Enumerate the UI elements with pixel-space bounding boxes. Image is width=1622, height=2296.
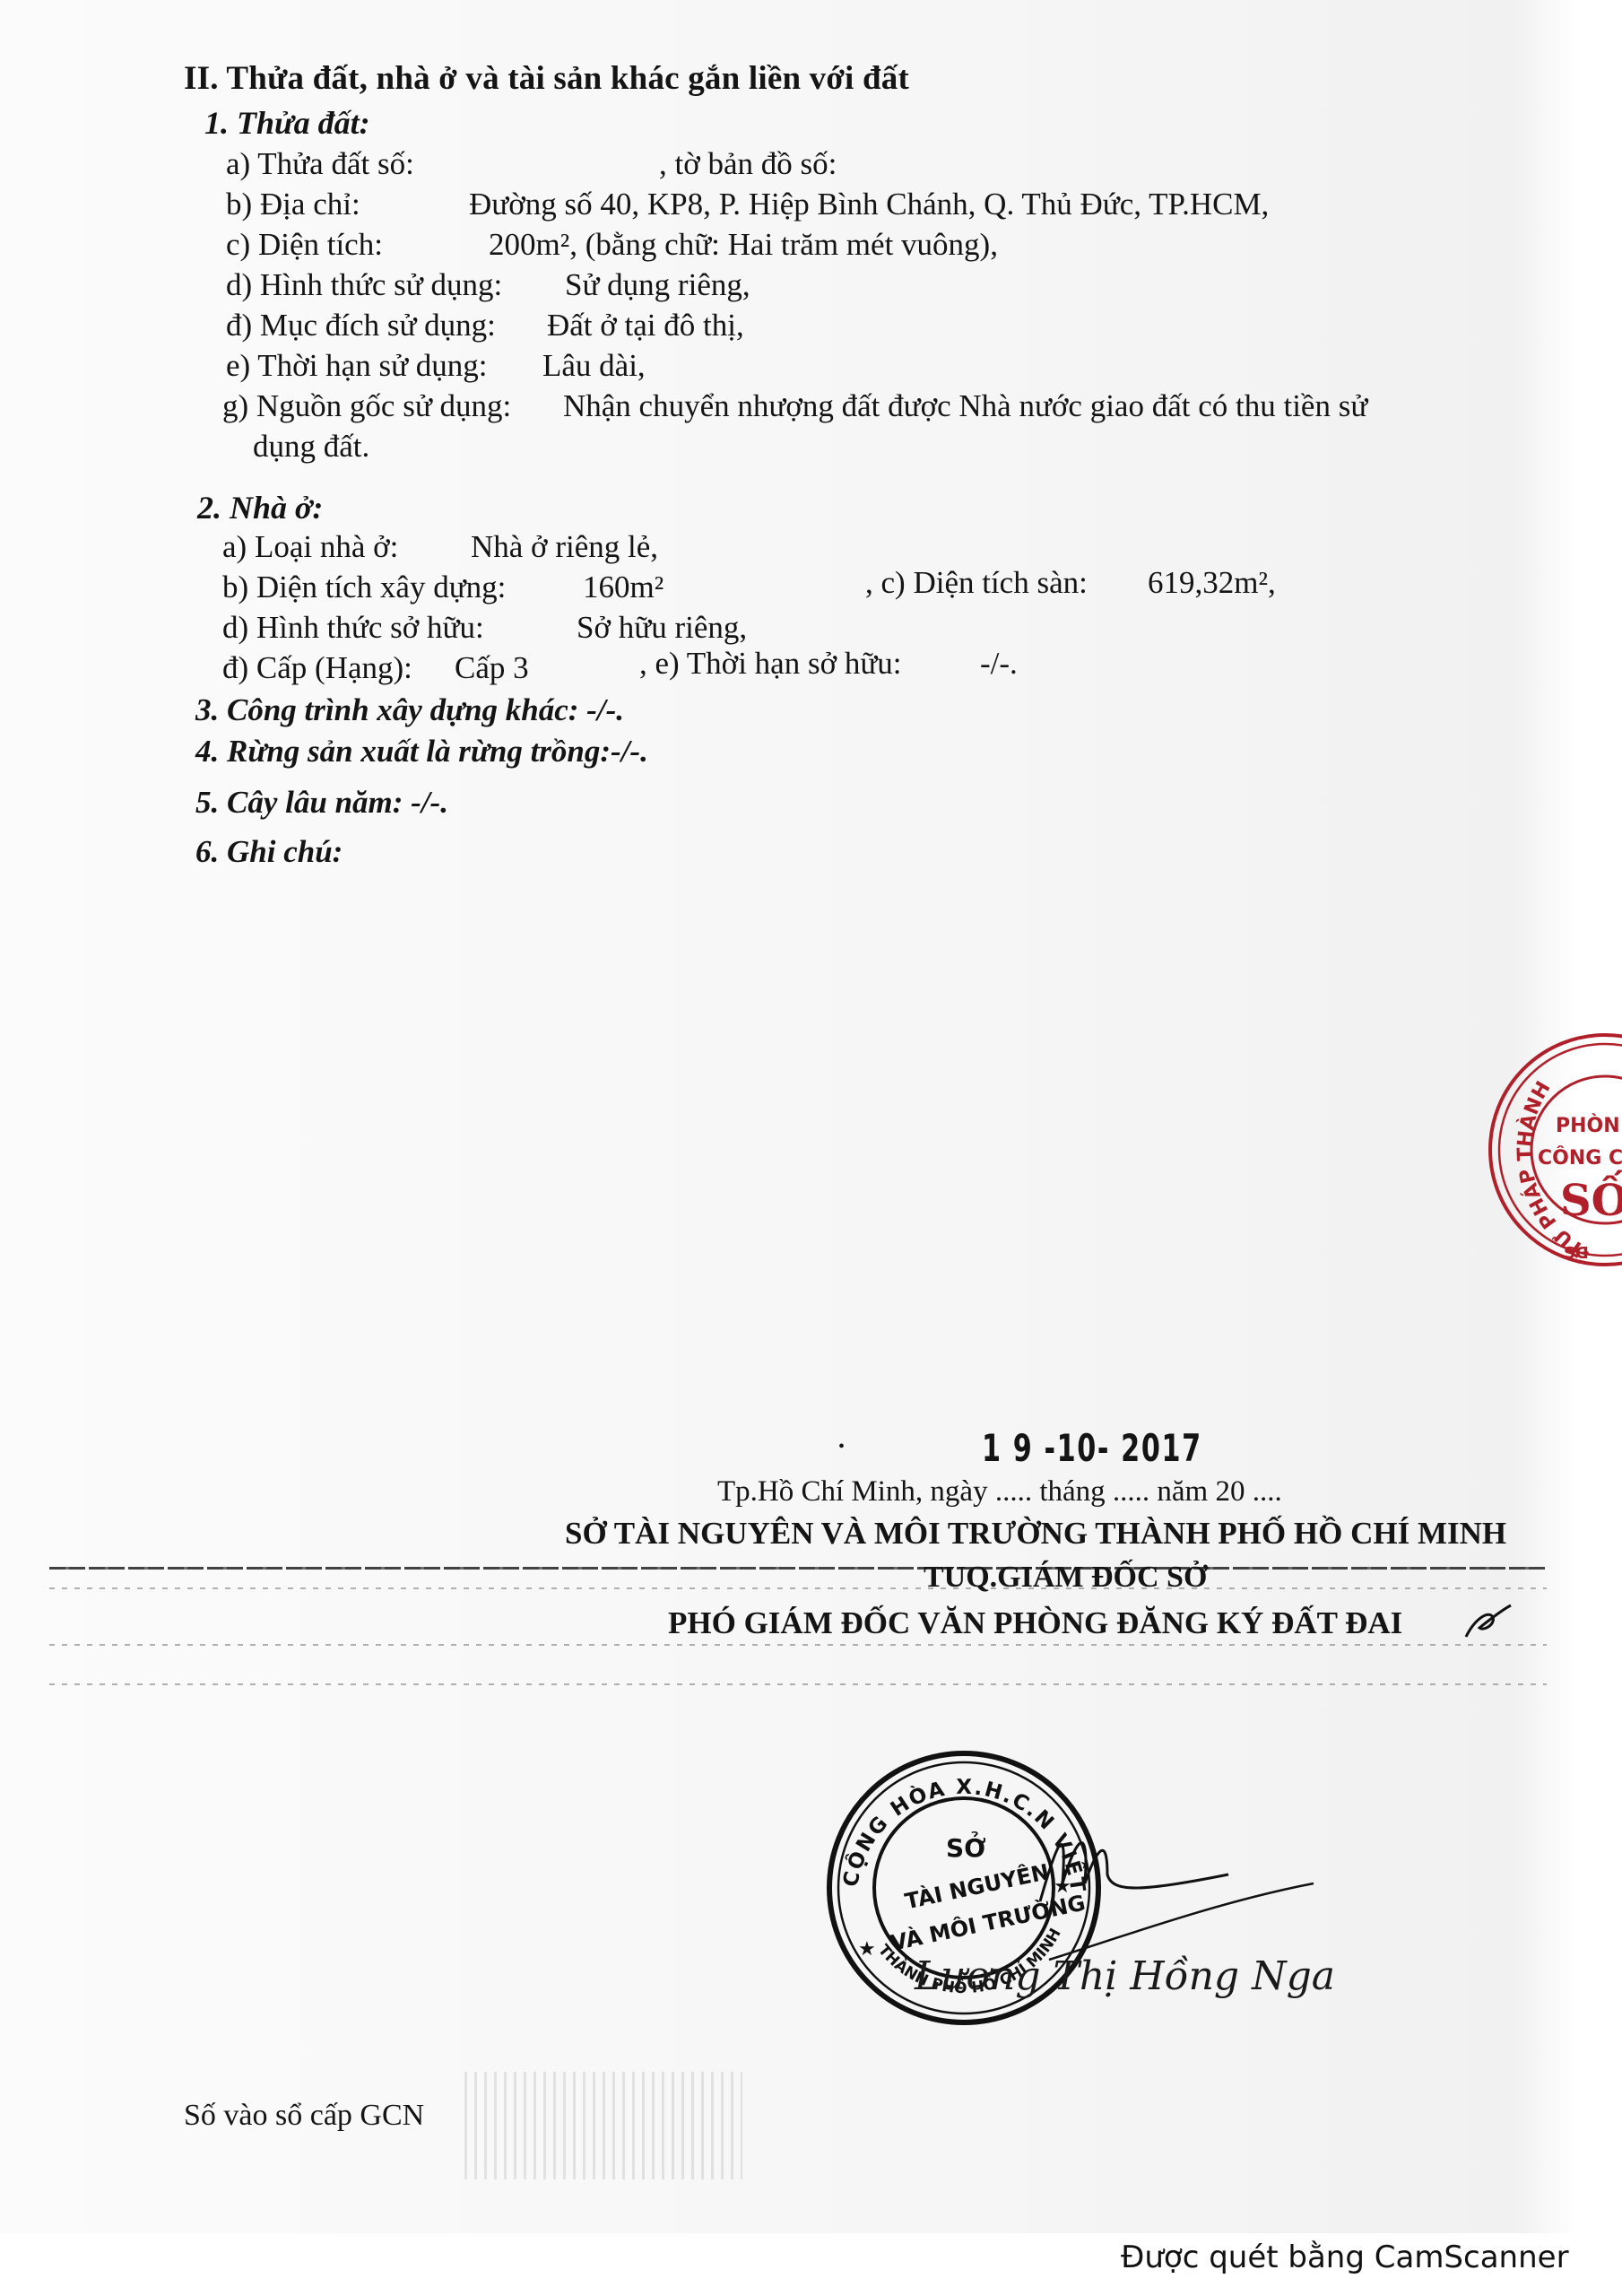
land-area-label: c) Diện tích: <box>226 227 383 263</box>
notes-heading: 6. Ghi chú: <box>195 834 343 870</box>
svg-text:CÔNG C: CÔNG C <box>1538 1146 1622 1170</box>
house-ownership-label: d) Hình thức sở hữu: <box>222 610 484 646</box>
initial-mark-icon <box>1462 1601 1515 1646</box>
svg-text:SỞ: SỞ <box>946 1829 986 1863</box>
house-floor-area-value: 619,32m², <box>1148 565 1276 601</box>
place-date-line: Tp.Hồ Chí Minh, ngày ..... tháng ..... n… <box>717 1475 1282 1509</box>
house-floor-area-label: , c) Diện tích sàn: <box>865 565 1088 601</box>
land-origin-label: g) Nguồn gốc sử dụng: <box>222 388 511 424</box>
production-forest: 4. Rừng sản xuất là rừng trồng:-/-. <box>195 734 648 770</box>
perennial-trees: 5. Cây lâu năm: -/-. <box>195 785 448 821</box>
on-behalf-title: TUQ.GIÁM ĐỐC SỞ <box>924 1561 1207 1595</box>
svg-text:SỐ: SỐ <box>1560 1169 1622 1226</box>
stamp-dot: • <box>838 1437 845 1457</box>
svg-text:PHÒN: PHÒN <box>1556 1114 1620 1137</box>
date-stamp: 1 9 -10- 2017 <box>982 1426 1202 1470</box>
house-grade-value: Cấp 3 <box>455 650 529 686</box>
land-term-label: e) Thời hạn sử dụng: <box>226 348 488 384</box>
land-heading: 1. Thửa đất: <box>204 104 370 142</box>
house-type-label: a) Loại nhà ở: <box>222 529 398 565</box>
svg-text:★: ★ <box>858 1937 876 1960</box>
scan-rule-faint <box>49 1587 1547 1589</box>
house-term-value: -/-. <box>980 646 1018 682</box>
svg-text:ĐS: ĐS <box>1564 1242 1589 1261</box>
scan-rule-faint <box>49 1644 1547 1646</box>
notary-stamp: TƯ PHÁP THÀNH PHÒN CÔNG C SỐ ĐS <box>1470 1031 1622 1283</box>
section-title: II. Thửa đất, nhà ở và tài sản khác gắn … <box>184 59 909 98</box>
land-origin-continuation: dụng đất. <box>253 429 369 465</box>
house-grade-label: đ) Cấp (Hạng): <box>222 650 412 686</box>
house-term-label: , e) Thời hạn sở hữu: <box>639 646 902 682</box>
land-purpose-label: đ) Mục đích sử dụng: <box>226 308 496 344</box>
house-heading: 2. Nhà ở: <box>197 489 323 526</box>
other-construction: 3. Công trình xây dựng khác: -/-. <box>195 692 624 728</box>
signer-name: Lương Thị Hồng Nga <box>915 1953 1335 1999</box>
land-purpose-value: Đất ở tại đô thị, <box>547 308 744 344</box>
camscanner-footer: Được quét bằng CamScanner <box>1121 2239 1569 2275</box>
house-ownership-value: Sở hữu riêng, <box>577 610 747 646</box>
land-use-form-value: Sử dụng riêng, <box>565 267 750 303</box>
scan-rule-faint <box>49 1683 1547 1685</box>
agency-name: SỞ TÀI NGUYÊN VÀ MÔI TRƯỜNG THÀNH PHỐ HỒ… <box>565 1516 1506 1552</box>
house-built-area-label: b) Diện tích xây dựng: <box>222 570 506 605</box>
land-area-value: 200m², (bằng chữ: Hai trăm mét vuông), <box>489 227 998 263</box>
registry-label: Số vào sổ cấp GCN <box>184 2099 424 2133</box>
position-title: PHÓ GIÁM ĐỐC VĂN PHÒNG ĐĂNG KÝ ĐẤT ĐAI <box>668 1605 1402 1641</box>
land-term-value: Lâu dài, <box>542 348 646 384</box>
land-parcel-label: a) Thửa đất số: <box>226 146 414 182</box>
scan-rule <box>49 1567 1547 1570</box>
house-type-value: Nhà ở riêng lẻ, <box>471 529 658 565</box>
land-origin-value: Nhận chuyển nhượng đất được Nhà nước gia… <box>563 388 1367 424</box>
land-address-value: Đường số 40, KP8, P. Hiệp Bình Chánh, Q.… <box>469 187 1269 222</box>
notary-stamp-icon: TƯ PHÁP THÀNH PHÒN CÔNG C SỐ ĐS <box>1470 1031 1622 1283</box>
redacted-registry-number <box>464 2072 742 2179</box>
house-built-area-value: 160m² <box>583 570 664 605</box>
land-address-label: b) Địa chỉ: <box>226 187 360 222</box>
land-use-form-label: d) Hình thức sử dụng: <box>226 267 502 303</box>
land-map-sheet-label: , tờ bản đồ số: <box>659 146 837 182</box>
